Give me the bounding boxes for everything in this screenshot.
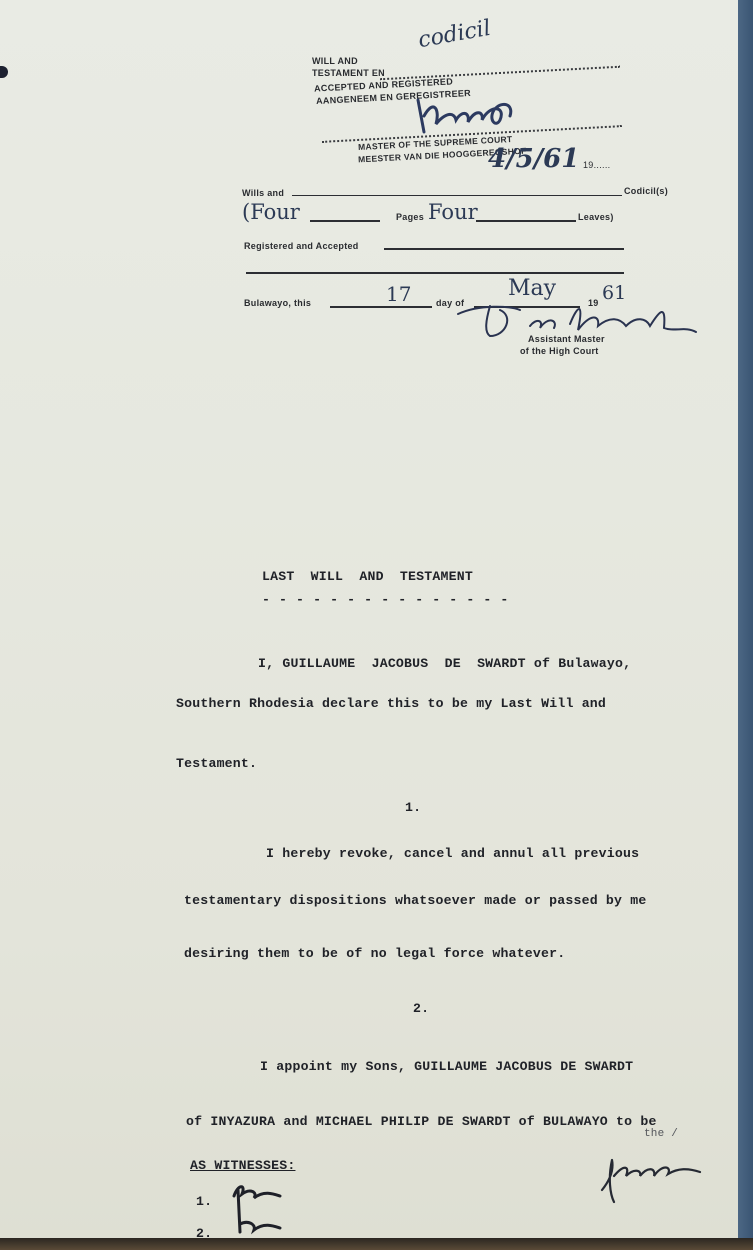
- label-wills-and: Wills and: [242, 188, 284, 198]
- label-bulawayo-this: Bulawayo, this: [244, 298, 311, 308]
- opening-line-2: Southern Rhodesia declare this to be my …: [176, 696, 606, 711]
- section-number-2: 2.: [413, 1001, 429, 1016]
- label-high-court: of the High Court: [520, 346, 599, 356]
- witnesses-label: AS WITNESSES:: [190, 1158, 295, 1173]
- stamp-year: 19......: [583, 160, 610, 170]
- handwritten-day: 17: [386, 282, 411, 306]
- section-2-line-2: of INYAZURA and MICHAEL PHILIP DE SWARDT…: [186, 1114, 657, 1129]
- testator-signature: [596, 1150, 706, 1210]
- label-registered-accepted: Registered and Accepted: [244, 241, 359, 251]
- registered-line: [384, 248, 624, 250]
- section-2-continuation: the /: [644, 1128, 678, 1140]
- opening-line-1: I, GUILLAUME JACOBUS DE SWARDT of Bulawa…: [258, 656, 631, 671]
- label-pages: Pages: [396, 212, 424, 222]
- label-leaves: Leaves): [578, 212, 614, 222]
- background-edge: [738, 0, 753, 1240]
- opening-line-3: Testament.: [176, 756, 257, 771]
- punch-hole: [0, 66, 8, 78]
- label-assistant-master: Assistant Master: [528, 334, 605, 344]
- will-title: LAST WILL AND TESTAMENT: [262, 569, 473, 584]
- section-2-line-1: I appoint my Sons, GUILLAUME JACOBUS DE …: [260, 1059, 633, 1074]
- background-bottom: [0, 1238, 753, 1250]
- wills-line: [292, 195, 622, 196]
- section-number-1: 1.: [405, 800, 421, 815]
- section-1-line-2: testamentary dispositions whatsoever mad…: [184, 893, 647, 908]
- section-1-line-1: I hereby revoke, cancel and annul all pr…: [266, 846, 639, 861]
- handwritten-pages-value: (Four: [242, 200, 300, 224]
- label-codicils: Codicil(s): [624, 186, 668, 196]
- stamp-testament-en: TESTAMENT EN: [312, 68, 385, 78]
- document-page: WILL AND TESTAMENT EN codicil ACCEPTED A…: [0, 0, 740, 1240]
- registered-line-2: [246, 272, 624, 274]
- will-title-underline: - - - - - - - - - - - - - - -: [262, 592, 509, 607]
- pages-line: [310, 220, 380, 222]
- leaves-line: [476, 220, 576, 222]
- handwritten-codicil: codicil: [416, 16, 492, 53]
- witness-number-1: 1.: [196, 1194, 212, 1209]
- day-line: [330, 306, 432, 308]
- witness-signatures: [224, 1180, 294, 1240]
- handwritten-leaves-value: Four: [428, 200, 478, 224]
- stamp-will-and: WILL AND: [312, 56, 358, 66]
- handwritten-stamp-date: 4/5/61: [488, 144, 579, 174]
- section-1-line-3: desiring them to be of no legal force wh…: [184, 946, 565, 961]
